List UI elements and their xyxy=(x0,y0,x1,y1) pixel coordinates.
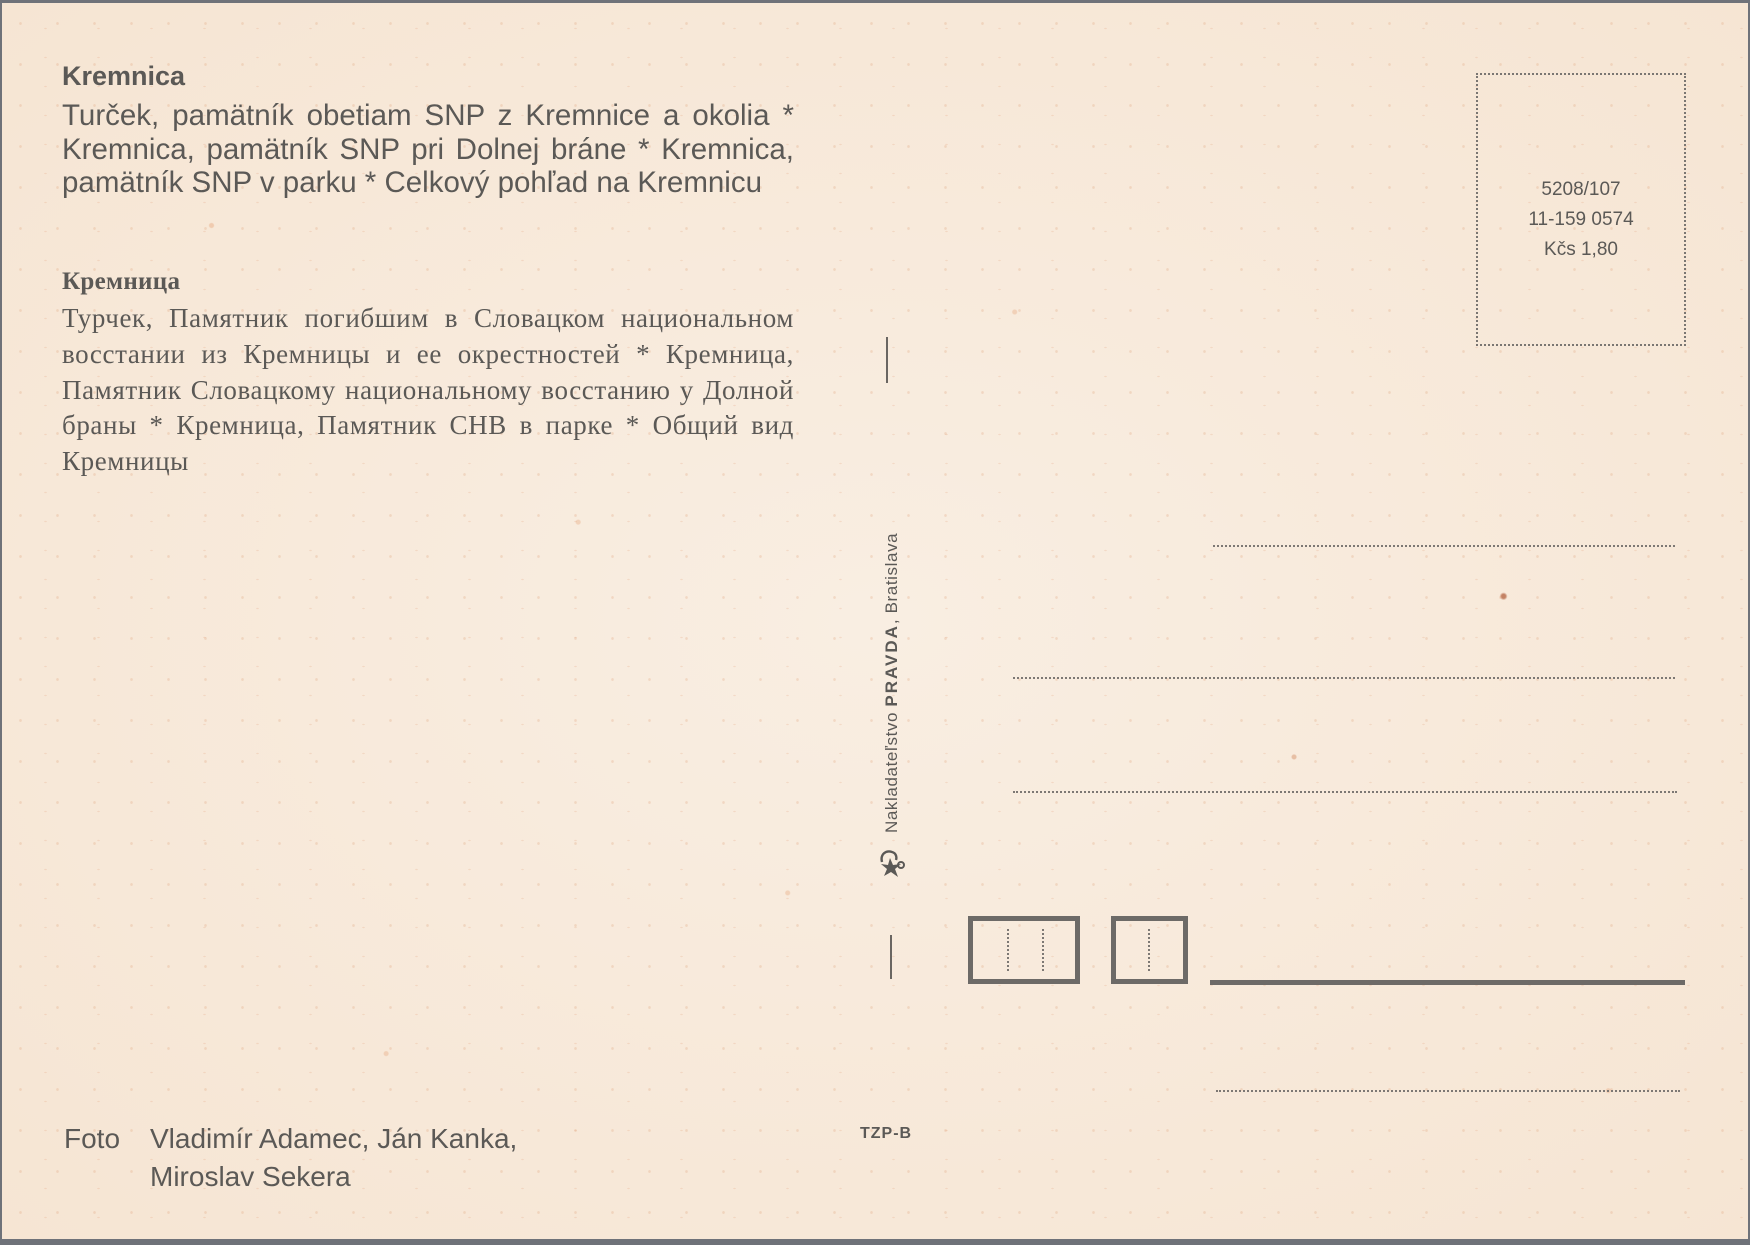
postal-code-divider xyxy=(1042,929,1044,971)
postcard-back: Kremnica Turček, pamätník obetiam SNP z … xyxy=(2,3,1748,1239)
stamp-box-text: 5208/107 11-159 0574 Kčs 1,80 xyxy=(1478,175,1684,265)
russian-caption: Турчек, Памятник погибшим в Словацком на… xyxy=(62,301,794,480)
address-line-2 xyxy=(1013,677,1675,679)
postal-code-divider xyxy=(1148,929,1150,971)
slovak-title: Kremnica xyxy=(62,61,185,92)
postal-code-box-2 xyxy=(1111,916,1188,984)
pravda-star-logo-icon xyxy=(876,848,910,882)
divider-line-bottom xyxy=(890,935,892,979)
divider-line-top xyxy=(886,337,888,383)
print-code: TZP-B xyxy=(860,1125,912,1143)
photo-credits-line2: Miroslav Sekera xyxy=(150,1161,351,1192)
stamp-box: 5208/107 11-159 0574 Kčs 1,80 xyxy=(1476,73,1686,346)
address-line-1 xyxy=(1213,545,1675,547)
address-line-4 xyxy=(1216,1090,1680,1092)
address-line-3 xyxy=(1013,791,1677,793)
postal-code-box-1 xyxy=(968,916,1080,984)
publisher-imprint: Nakladateľstvo PRAVDA, Bratislava xyxy=(882,533,902,833)
publisher-name: PRAVDA xyxy=(882,624,901,707)
postal-code-divider xyxy=(1007,929,1009,971)
publisher-prefix: Nakladateľstvo xyxy=(882,707,901,833)
photo-credits: FotoVladimír Adamec, Ján Kanka,Miroslav … xyxy=(64,1120,517,1196)
photo-credits-line1: Vladimír Adamec, Ján Kanka, xyxy=(150,1123,517,1154)
photo-credits-names: Vladimír Adamec, Ján Kanka,Miroslav Seke… xyxy=(150,1120,517,1196)
edition-number: 5208/107 xyxy=(1478,175,1684,205)
price: Kčs 1,80 xyxy=(1478,235,1684,265)
publisher-suffix: , Bratislava xyxy=(882,533,901,624)
slovak-caption: Turček, pamätník obetiam SNP z Kremnice … xyxy=(62,99,794,200)
catalog-number: 11-159 0574 xyxy=(1478,205,1684,235)
russian-title: Кремница xyxy=(62,268,180,296)
photo-credits-label: Foto xyxy=(64,1120,150,1158)
post-office-line xyxy=(1210,980,1685,985)
